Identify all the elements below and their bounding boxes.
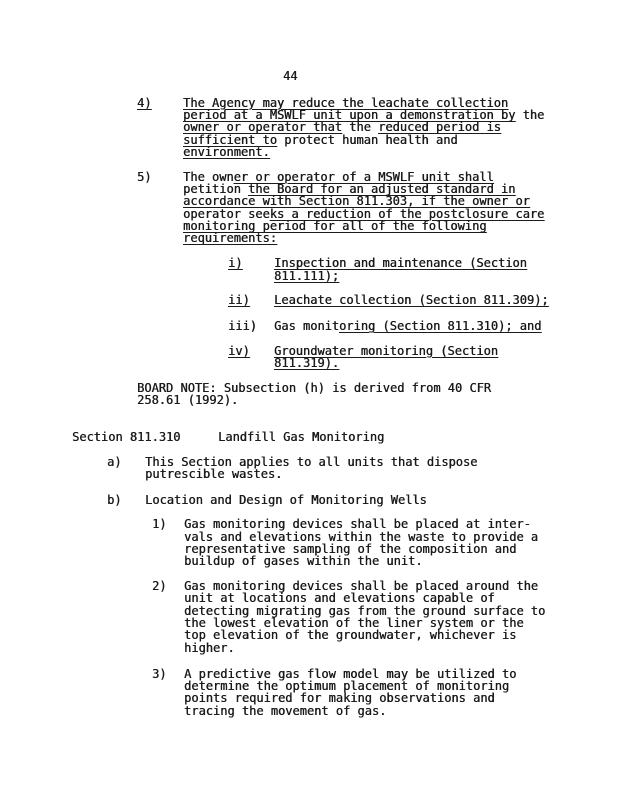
block-item-iii: iii)Gas monitoring (Section 811.310); an… [274,320,619,332]
item-3-marker: 3) [152,668,166,680]
block-item-1: 1)Gas monitoring devices shall be placed… [184,518,619,567]
item-2-marker: 2) [152,580,166,592]
underlined-text-segment: Leachate collection (Section 811.309); [274,293,549,307]
text-segment: protect human health and [277,133,458,147]
item-iv-marker: iv) [228,345,250,357]
text-line: 258.61 (1992). [137,394,619,406]
block-item-i: i)Inspection and maintenance (Section811… [274,257,619,282]
document-body: 444)The Agency may reduce the leachate c… [0,70,619,717]
text-line: top elevation of the groundwater, whiche… [184,629,619,641]
text-segment: Landfill Gas Monitoring [218,430,384,444]
item-a-marker: a) [107,456,121,468]
text-segment: Gas monit [274,319,339,333]
underlined-text-segment: requirements: [183,231,277,245]
block-page-number: 44 [283,70,619,82]
item-4-marker: 4) [137,97,151,109]
text-segment: higher. [184,641,235,655]
item-i-marker: i) [228,257,242,269]
underlined-text-segment: 811.319). [274,356,339,370]
text-line: Landfill Gas Monitoring [218,431,619,443]
text-line: 44 [283,70,619,82]
block-item-4: 4)The Agency may reduce the leachate col… [183,97,619,159]
item-b-marker: b) [107,494,121,506]
text-line: buildup of gases within the unit. [184,555,619,567]
underlined-text-segment: environment. [183,145,270,159]
text-segment: Location and Design of Monitoring Wells [145,493,427,507]
item-iii-marker: iii) [228,320,257,332]
block-item-b: b)Location and Design of Monitoring Well… [145,494,619,506]
text-line: higher. [184,642,619,654]
block-item-ii: ii)Leachate collection (Section 811.309)… [274,294,619,306]
text-segment: buildup of gases within the unit. [184,554,422,568]
text-line: 811.111); [274,270,619,282]
text-line: Location and Design of Monitoring Wells [145,494,619,506]
item-1-marker: 1) [152,518,166,530]
text-segment: the [515,108,544,122]
text-line: Gas monitoring (Section 811.310); and [274,320,619,332]
block-item-5: 5)The owner or operator of a MSWLF unit … [183,171,619,245]
text-segment: tracing the movement of gas. [184,704,386,718]
text-segment: 44 [283,69,297,83]
section-heading-marker: Section 811.310 [72,431,180,443]
text-line: tracing the movement of gas. [184,705,619,717]
document-page: 444)The Agency may reduce the leachate c… [0,0,619,800]
block-item-a: a)This Section applies to all units that… [145,456,619,481]
text-line: 811.319). [274,357,619,369]
underlined-text-segment: oring (Section 811.310); and [339,319,541,333]
block-item-iv: iv)Groundwater monitoring (Section811.31… [274,345,619,370]
underlined-text-segment: 811.111); [274,269,339,283]
item-5-marker: 5) [137,171,151,183]
text-segment: putrescible wastes. [145,467,282,481]
text-line: Leachate collection (Section 811.309); [274,294,619,306]
text-line: requirements: [183,232,619,244]
block-section-heading: Section 811.310Landfill Gas Monitoring [218,431,619,443]
text-line: putrescible wastes. [145,468,619,480]
text-line: environment. [183,146,619,158]
block-board-note: BOARD NOTE: Subsection (h) is derived fr… [137,382,619,407]
item-ii-marker: ii) [228,294,250,306]
block-item-3: 3)A predictive gas flow model may be uti… [184,668,619,717]
text-segment: 258.61 (1992). [137,393,238,407]
block-item-2: 2)Gas monitoring devices shall be placed… [184,580,619,654]
